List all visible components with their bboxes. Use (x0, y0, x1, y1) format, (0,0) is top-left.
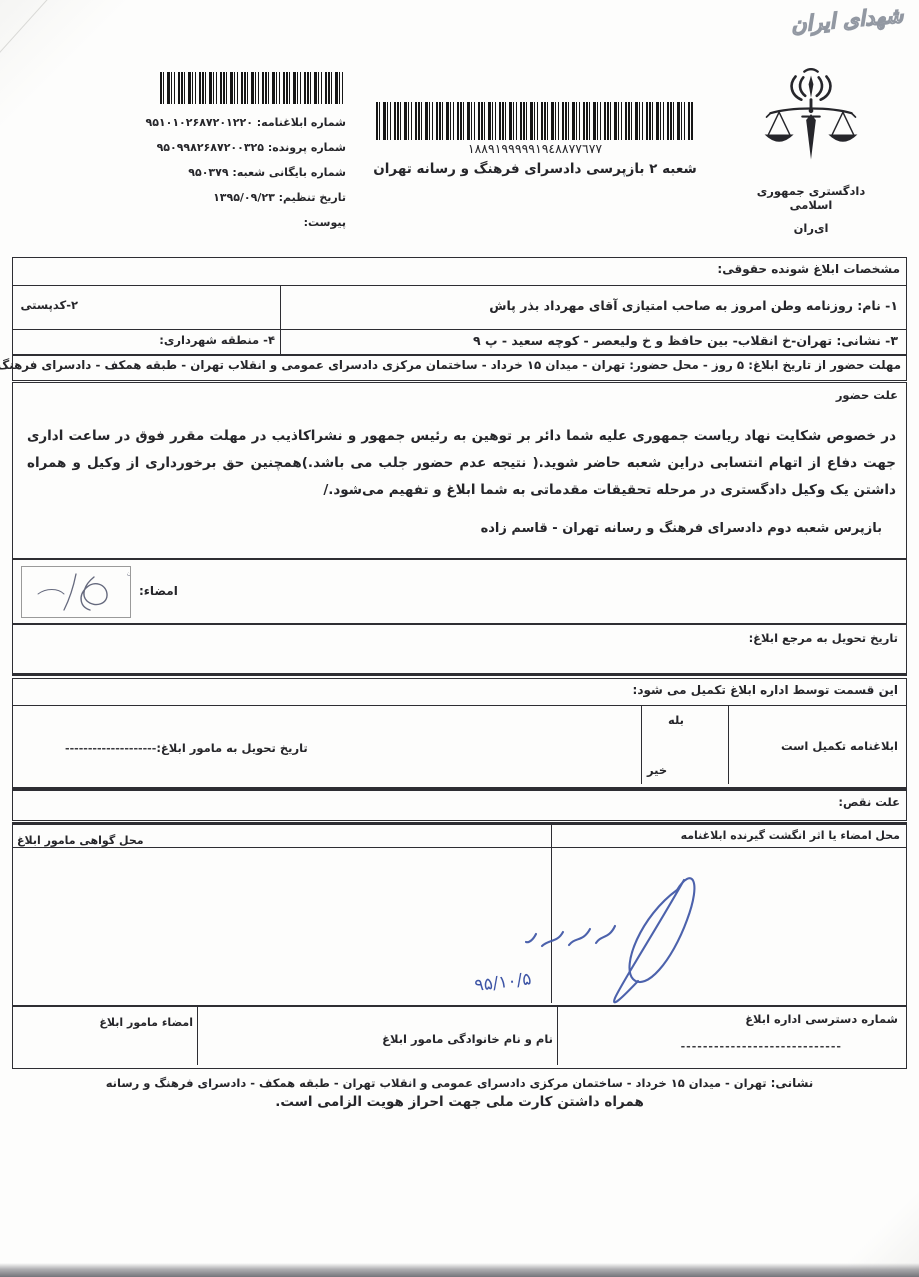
doc-numbers: شماره ابلاغنامه: ۹۵۱۰۱۰۲۶۸۷۲۰۱۲۲۰ شماره … (105, 110, 346, 235)
stamp-text: بازپرس شعبه دوم دادسرای فرهنگ و رسانه ته… (127, 570, 130, 577)
footer-note: همراه داشتن کارت ملی جهت احراز هویت الزا… (0, 1094, 919, 1110)
footer-address-line: نشانی: تهران - میدان ۱۵ خرداد - ساختمان … (0, 1076, 919, 1090)
barcode-center (376, 102, 694, 140)
officer-cert-label: محل گواهی مامور ابلاغ (17, 834, 144, 847)
officer-delivery-date: تاریخ تحویل به مامور ابلاغ:-------------… (65, 737, 308, 756)
delivery-authority-box: تاریخ تحویل به مرجع ابلاغ: (12, 624, 907, 676)
scanned-court-notice: شهدای ایران شماره ابلاغنامه: ۹۵۱۰۱۰۲۶۸۷۲… (0, 0, 919, 1277)
delivery-authority-label: تاریخ تحویل به مرجع ابلاغ: (749, 631, 898, 645)
office-section-header: این قسمت توسط اداره ابلاغ تکمیل می شود: (13, 679, 906, 706)
access-number-value: ----------------------------- (681, 1040, 842, 1053)
footer-address-text: تهران - میدان ۱۵ خرداد - ساختمان مرکزی د… (106, 1076, 771, 1090)
recipient-section-title: مشخصات ابلاغ شونده حقوقی: (717, 262, 900, 276)
postal-code-label: ۲-کدپستی (21, 298, 78, 312)
recipient-name-row: ۱- نام: روزنامه وطن امروز به صاحب امتیاز… (13, 285, 906, 330)
doc-number-line: شماره بایگانی شعبه: ۹۵۰۳۷۹ (105, 160, 346, 185)
recipient-name: ۱- نام: روزنامه وطن امروز به صاحب امتیاز… (489, 298, 898, 313)
judiciary-block: دادگستری جمهوری اسلامی ای‌ران (735, 64, 887, 235)
defect-box: علت نقص: (12, 790, 907, 821)
office-section-title: این قسمت توسط اداره ابلاغ تکمیل می شود: (633, 683, 898, 697)
yes-option: بله (668, 713, 684, 727)
defect-title: علت نقص: (838, 795, 900, 809)
recipient-title-row: مشخصات ابلاغ شونده حقوقی: (13, 258, 906, 286)
scan-fold-artifact (0, 0, 48, 59)
doc-number-line: شماره پرونده: ۹۵۰۹۹۸۲۶۸۷۲۰۰۳۲۵ (105, 135, 346, 160)
signature-label: امضاء: (139, 584, 178, 598)
recipient-address-row: ۳- نشانی: تهران-خ انقلاب- بین حافظ و خ و… (13, 329, 906, 356)
branch-title: شعبه ۲ بازپرسی دادسرای فرهنگ و رسانه تهر… (372, 161, 698, 177)
office-section: این قسمت توسط اداره ابلاغ تکمیل می شود: … (12, 678, 907, 790)
judiciary-name-line1: دادگستری جمهوری اسلامی (735, 184, 887, 212)
doc-number-line: پیوست: (105, 210, 346, 235)
reason-title: علت حضور (836, 388, 898, 402)
officer-delivery-date-value: -------------------- (65, 742, 156, 755)
no-option: خیر (647, 763, 667, 777)
recipient-sign-label: محل امضاء یا اثر انگشت گیرنده ابلاغنامه (681, 829, 900, 842)
judiciary-name-line2: ای‌ران (735, 221, 887, 235)
recipient-table: مشخصات ابلاغ شونده حقوقی: ۱- نام: روزنام… (12, 257, 907, 381)
officer-sign-label: امضاء مامور ابلاغ (99, 1016, 193, 1029)
recipient-address: ۳- نشانی: تهران-خ انقلاب- بین حافظ و خ و… (473, 333, 898, 348)
barcode-left (160, 72, 346, 104)
watermark-shohadaye-iran: شهدای ایران (781, 2, 913, 37)
doc-number-line: شماره ابلاغنامه: ۹۵۱۰۱۰۲۶۸۷۲۰۱۲۲۰ (105, 110, 346, 135)
signature-row: بازپرس شعبه دوم دادسرای فرهنگ و رسانه ته… (12, 559, 907, 624)
barcode-number: ١٨٨٩١٩٩٩٩٩١٩٤٨٨٧٧٦٧٧ (372, 141, 698, 156)
officer-name-label: نام و نام خانوادگی مامور ابلاغ (382, 1032, 553, 1046)
doc-number-line: تاریخ تنظیم: ۱۳۹۵/۰۹/۲۳ (105, 185, 346, 210)
signature-boxes: محل امضاء یا اثر انگشت گیرنده ابلاغنامه … (12, 822, 907, 1007)
judiciary-emblem-icon (753, 64, 869, 174)
reason-signatory: بازپرس شعبه دوم دادسرای فرهنگ و رسانه ته… (481, 521, 882, 536)
officer-delivery-date-label: تاریخ تحویل به مامور ابلاغ: (156, 741, 307, 755)
header-center: ١٨٨٩١٩٩٩٩٩١٩٤٨٨٧٧٦٧٧ شعبه ۲ بازپرسی دادس… (372, 102, 698, 177)
scan-edge-strip (0, 1263, 919, 1277)
deadline-row: مهلت حضور از تاریخ ابلاغ: ۵ روز - محل حض… (13, 354, 906, 380)
access-number-label: شماره دسترسی اداره ابلاغ (745, 1012, 898, 1026)
district-label: ۴- منطقه شهرداری: (159, 333, 275, 347)
footer-address-label: نشانی: (771, 1076, 814, 1090)
reason-body: در خصوص شکایت نهاد ریاست جمهوری علیه شما… (27, 423, 896, 504)
inspector-stamp: بازپرس شعبه دوم دادسرای فرهنگ و رسانه ته… (21, 566, 131, 618)
reason-box: علت حضور در خصوص شکایت نهاد ریاست جمهوری… (12, 382, 907, 559)
deadline-text: مهلت حضور از تاریخ ابلاغ: ۵ روز - محل حض… (18, 358, 901, 372)
officer-bottom-row: شماره دسترسی اداره ابلاغ ---------------… (12, 1005, 907, 1069)
notice-completed-label: ابلاغنامه تکمیل است (781, 739, 898, 753)
